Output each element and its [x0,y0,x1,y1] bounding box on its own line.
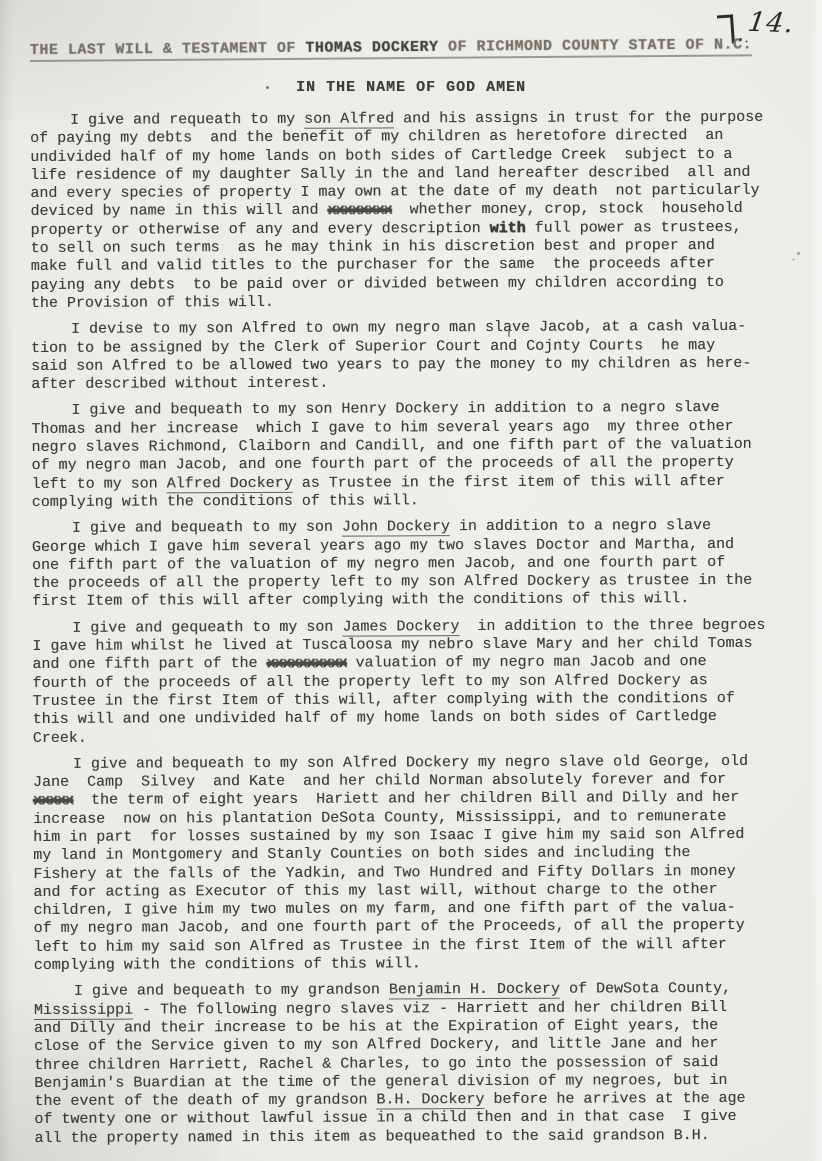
text-segment: one fifth part of the valuation of my ne… [32,554,725,574]
text-segment: I give and bequeath to my son Henry Dock… [71,399,719,419]
document-body: I give and requeath to my son Alfred and… [30,109,797,1148]
paragraph: I give and bequeath to my son Alfred Doc… [33,752,796,975]
ink-speck [797,252,800,255]
text-segment: of DewSota County, [560,980,731,998]
text-segment: of paying my debts and the benefit of my… [30,127,723,147]
document-title: THE LAST WILL & TESTAMENT OF THOMAS DOCK… [30,36,752,62]
text-segment: the proceeds of all the property left to… [32,572,752,592]
text-line: Creek. [33,726,795,748]
text-line: paying any debts to be paid over or divi… [31,273,793,295]
underlined-phrase: Benjamin H. Dockery [389,981,560,1000]
text-segment: Jane Camp Silvey and Kate and her child … [33,771,726,791]
page-number-text: 14. [746,10,796,37]
text-segment: said son Alfred to be allowed two years … [31,355,751,375]
text-segment: complying with the conditions of this wi… [34,955,421,974]
text-segment: after described without interest. [31,375,328,393]
paragraph: I give and bequeath to my son Henry Dock… [31,399,793,512]
text-line: left to my son Alfred Dockery as Trustee… [32,472,794,494]
paragraph: I give and requeath to my son Alfred and… [30,109,793,314]
text-segment: life residence of my daughter Sally in t… [30,164,750,184]
overstruck-word: xxxxxxxx [327,202,391,219]
invocation-heading: IN THE NAME OF GOD AMEN [0,79,822,96]
text-line: this will and one undivided half of my h… [33,708,795,730]
text-segment: Trustee in the first Item of this will, … [33,690,735,710]
text-segment: my land in Montgomery and Stanly Countie… [33,844,690,864]
title-segment: THOMAS DOCKERY [305,39,438,57]
text-segment: make full and valid titles to the purcha… [31,255,715,275]
text-segment: George which I gave him several years ag… [32,535,734,555]
text-segment: property or otherwise of any and every d… [30,220,489,239]
text-segment: to sell on such terms as he may think in… [31,237,715,257]
text-segment: close of the Service given to my son Alf… [34,1035,718,1055]
text-segment: in addition to the three begroes [459,617,765,635]
text-line: left to him my said son Alfred as Truste… [34,935,796,957]
text-segment: I gave him whilst he lived at Tuscaloosa… [32,635,752,655]
text-segment: I devise to my son Alfred to own my negr… [71,318,746,338]
text-segment: Creek. [33,729,87,746]
text-segment: the term of eight years Hariett and her … [73,789,739,809]
text-segment: I give and bequeath to my grandson [74,982,389,1000]
text-segment: in addition to a negro slave [450,517,711,535]
text-segment: I give and gequeath to my son [72,618,342,636]
text-segment: Fishery at the falls of the Yadkin, and … [33,863,735,883]
underlined-phrase: son Alfred [304,110,394,128]
text-segment: paying any debts to be paid over or divi… [31,274,724,294]
text-segment: deviced by name in this will and [30,202,327,220]
text-segment: as Trustee in the first item of this wil… [293,473,725,492]
text-segment: him in part for losses sustained by my s… [33,826,744,846]
scanned-will-page: 14. THE LAST WILL & TESTAMENT OF THOMAS … [0,0,822,1161]
text-segment: undivided half of my home lands on both … [30,146,732,166]
underlined-phrase: James Dockery [342,618,459,637]
underlined-phrase: John Dockery [342,518,450,536]
text-segment: left to my son [32,475,167,493]
text-segment: increase now on his plantation DeSota Co… [33,808,726,828]
text-segment: and one fifth part of the [32,655,266,673]
text-line: all the property named in this item as b… [34,1126,796,1148]
text-segment: first Item of this will after complying … [32,591,689,611]
text-segment: valuation of my negro man Jacob and one [346,653,706,672]
text-segment: three children Harriett, Rachel & Charle… [34,1054,718,1074]
text-segment: the Provision of this will. [31,294,274,312]
text-segment: this will and one undivided half of my h… [33,708,717,728]
text-segment: I give and bequeath to my son [72,519,342,537]
overstruck-word: xxxxxxxxxx [266,655,346,672]
paragraph: I give and bequeath to my son John Docke… [32,517,794,612]
text-segment: I give and bequeath to my son Alfred Doc… [73,753,748,773]
text-segment: full power as trustees, [526,219,742,237]
text-segment: of my negro man Jacob, and one fourth pa… [34,917,745,937]
text-segment: before he arrives at the age [484,1090,745,1108]
text-segment: of twenty one or without lawful issue in… [34,1108,736,1128]
paragraph: I give and gequeath to my son James Dock… [32,616,795,747]
title-segment: OF RICHMOND COUNTY STATE OF N.C. [438,36,752,55]
text-line: the Provision of this will. [31,292,793,314]
text-line: said son Alfred to be allowed two years … [31,355,793,377]
text-segment: and Dilly and their increase to be his a… [34,1017,718,1037]
text-segment: and his assigns in trust for the purpose [394,109,763,128]
text-segment: fourth of the proceeds of all the proper… [32,672,707,692]
paragraph: I devise to my son Alfred to own my negr… [31,318,793,395]
text-segment: Thomas and her increase which I gave to … [31,418,733,438]
text-segment: tion to be assigned by the Clerk of Supe… [31,337,715,357]
text-segment: the event of the death of my grandson [34,1092,376,1110]
text-segment: of my negro man Jacob, and one fourth pa… [32,454,734,474]
text-segment: whether money, crop, stock household [391,200,742,219]
text-segment: complying with the conditions of this wi… [32,492,419,511]
underlined-phrase: Mississippi [34,1001,133,1019]
text-segment: and for acting as Executor of this my la… [33,881,717,901]
underlined-phrase: B.H. Dockery [376,1091,484,1109]
title-segment: THE LAST WILL & TESTAMENT OF [30,40,306,59]
text-segment: I give and requeath to my [70,111,304,129]
text-segment: all the property named in this item as b… [34,1127,709,1147]
smudged-word: with [490,220,526,237]
text-line: after described without interest. [31,373,793,395]
text-segment: Benjamin's Buardian at the time of the g… [34,1072,727,1092]
text-segment: left to him my said son Alfred as Truste… [34,936,727,956]
text-segment: and every species of property I may own … [30,182,759,202]
text-segment: children, I give him my two mules on my … [33,899,735,919]
overstruck-word: xxxxx [33,792,73,809]
paragraph: I give and bequeath to my grandson Benja… [34,980,797,1148]
text-line: complying with the conditions of this wi… [34,954,796,976]
text-segment: negro slaves Richmond, Claiborn and Cand… [31,436,751,456]
text-line: complying with the conditions of this wi… [32,491,794,513]
underlined-phrase: Alfred Dockery [167,474,293,493]
text-line: first Item of this will after complying … [32,590,794,612]
text-segment: - The following negro slaves viz - Harri… [133,999,727,1019]
